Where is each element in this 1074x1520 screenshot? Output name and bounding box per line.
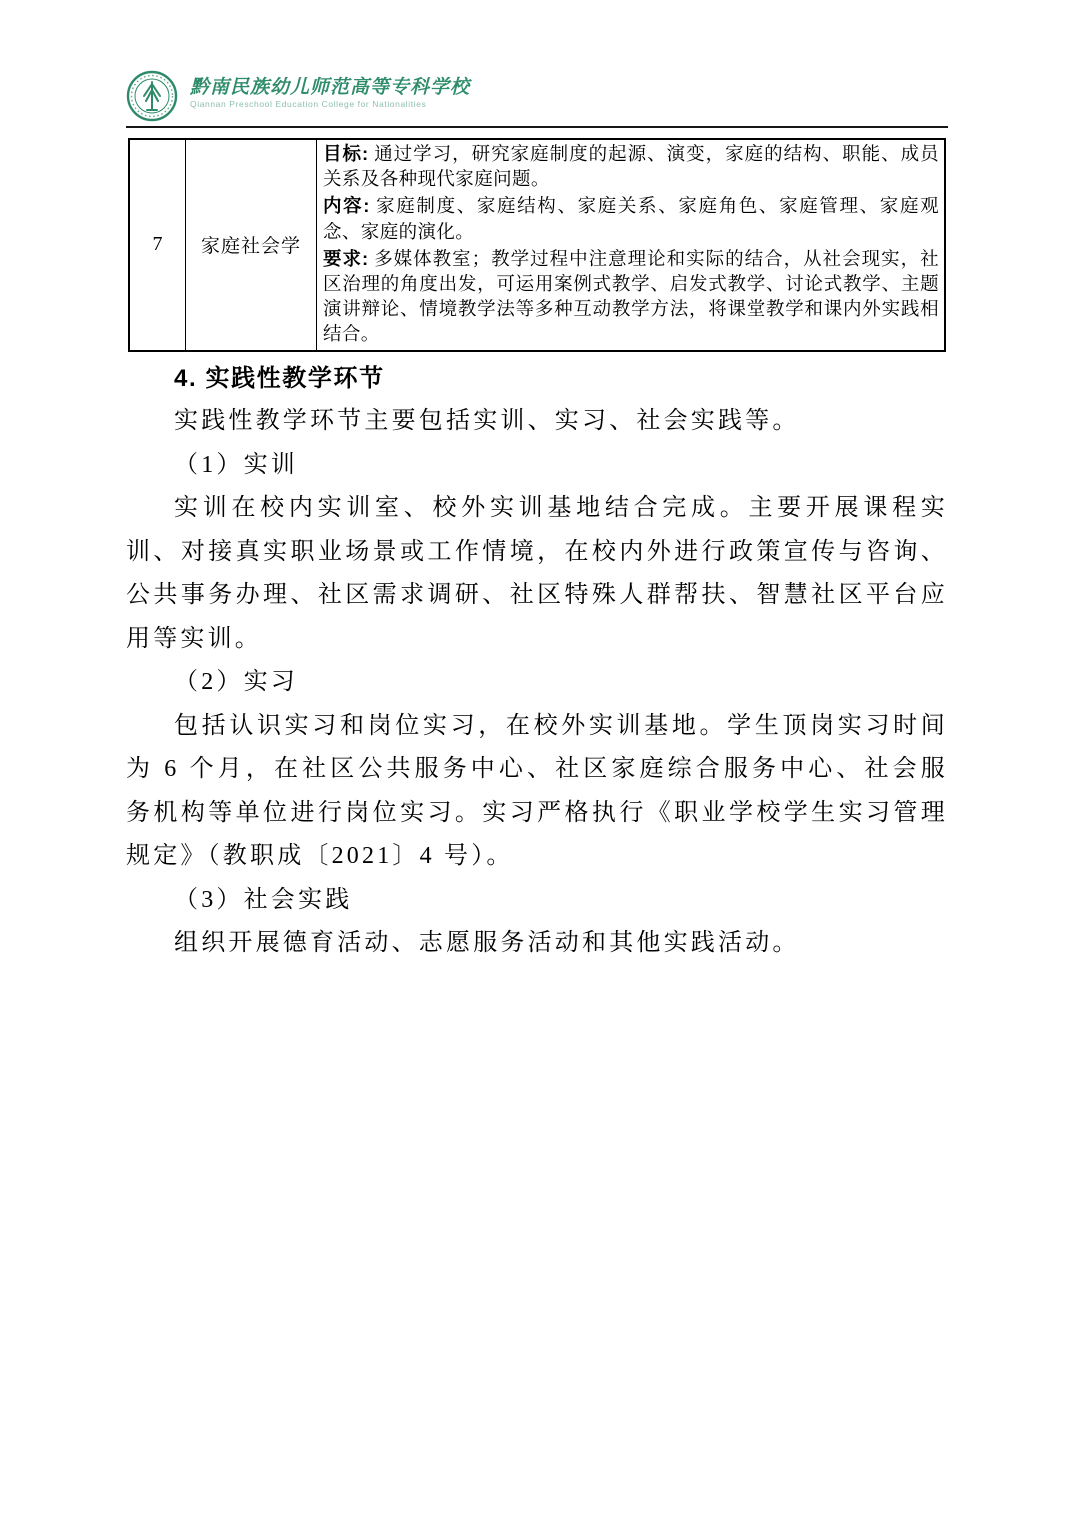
sub2-heading: （2）实习: [126, 661, 948, 705]
course-requirement: 要求: 多媒体教室；教学过程中注意理论和实际的结合，从社会现实，社区治理的角度出…: [323, 246, 939, 349]
course-goal: 目标: 通过学习，研究家庭制度的起源、演变，家庭的结构、职能、成员关系及各种现代…: [323, 141, 939, 193]
school-name: 黔南民族幼儿师范高等专科学校 Qiannan Preschool Educati…: [190, 70, 470, 109]
body-text: 4. 实践性教学环节 实践性教学环节主要包括实训、实习、社会实践等。 （1）实训…: [126, 357, 948, 966]
page-header: 黔南民族幼儿师范高等专科学校 Qiannan Preschool Educati…: [126, 70, 948, 128]
course-table: 7 家庭社会学 目标: 通过学习，研究家庭制度的起源、演变，家庭的结构、职能、成…: [128, 138, 946, 352]
document-page: 黔南民族幼儿师范高等专科学校 Qiannan Preschool Educati…: [126, 70, 948, 966]
school-logo: 黔南民族幼儿师范高等专科学校 Qiannan Preschool Educati…: [126, 70, 948, 122]
sub3-paragraph: 组织开展德育活动、志愿服务活动和其他实践活动。: [126, 922, 948, 966]
school-seal-icon: [126, 70, 178, 122]
course-detail-cell: 目标: 通过学习，研究家庭制度的起源、演变，家庭的结构、职能、成员关系及各种现代…: [317, 139, 946, 351]
course-number-cell: 7: [129, 139, 186, 351]
course-name-cell: 家庭社会学: [186, 139, 317, 351]
content-text: 家庭制度、家庭结构、家庭关系、家庭角色、家庭管理、家庭观念、家庭的演化。: [323, 197, 939, 242]
table-row: 7 家庭社会学 目标: 通过学习，研究家庭制度的起源、演变，家庭的结构、职能、成…: [129, 139, 945, 351]
content-label: 内容:: [323, 195, 370, 216]
goal-label: 目标:: [323, 143, 369, 164]
sub3-heading: （3）社会实践: [126, 879, 948, 923]
intro-paragraph: 实践性教学环节主要包括实训、实习、社会实践等。: [126, 400, 948, 444]
section-heading: 4. 实践性教学环节: [126, 357, 948, 401]
school-name-english: Qiannan Preschool Education College for …: [190, 99, 470, 109]
goal-text: 通过学习，研究家庭制度的起源、演变，家庭的结构、职能、成员关系及各种现代家庭问题…: [323, 145, 939, 190]
requirement-text: 多媒体教室；教学过程中注意理论和实际的结合，从社会现实，社区治理的角度出发，可运…: [323, 250, 939, 346]
sub1-paragraph: 实训在校内实训室、校外实训基地结合完成。主要开展课程实训、对接真实职业场景或工作…: [126, 487, 948, 661]
requirement-label: 要求:: [323, 248, 369, 269]
school-name-chinese: 黔南民族幼儿师范高等专科学校: [190, 76, 470, 98]
sub1-heading: （1）实训: [126, 444, 948, 488]
sub2-paragraph: 包括认识实习和岗位实习，在校外实训基地。学生顶岗实习时间为 6 个月，在社区公共…: [126, 705, 948, 879]
course-content: 内容: 家庭制度、家庭结构、家庭关系、家庭角色、家庭管理、家庭观念、家庭的演化。: [323, 193, 939, 245]
